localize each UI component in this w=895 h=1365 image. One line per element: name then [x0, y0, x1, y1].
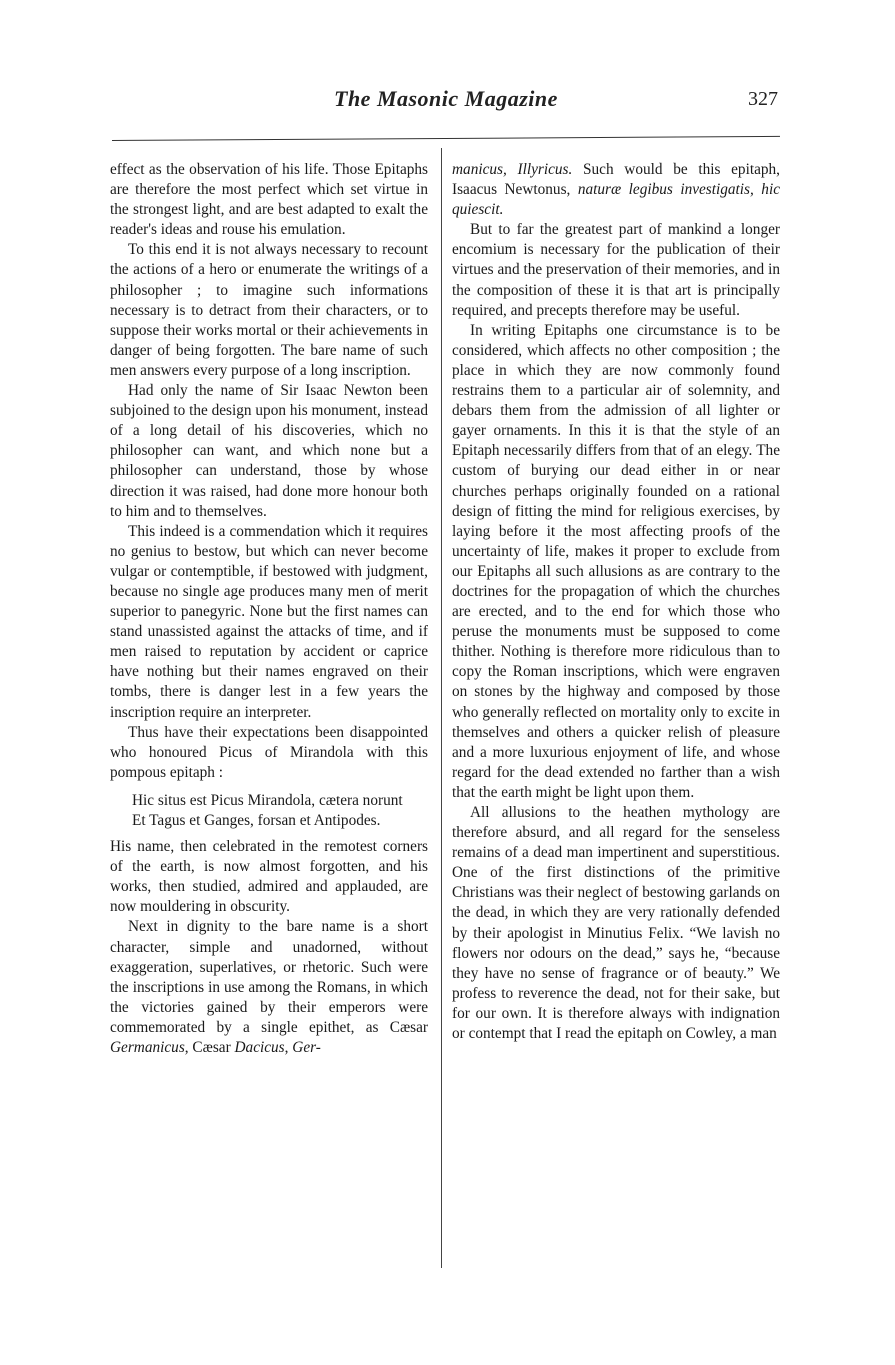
paragraph: But to far the greatest part of mankind … — [452, 220, 780, 320]
right-column: manicus, Illyricus. Such would be this e… — [452, 160, 780, 1044]
paragraph: His name, then celebrated in the remotes… — [110, 837, 428, 917]
paragraph: To this end it is not always necessary t… — [110, 240, 428, 381]
paragraph: Next in dignity to the bare name is a sh… — [110, 917, 428, 1058]
text-run: , Cæsar — [185, 1039, 235, 1056]
running-header: The Masonic Magazine 327 — [110, 86, 790, 122]
paragraph: manicus, Illyricus. Such would be this e… — [452, 160, 780, 220]
left-column: effect as the observation of his life. T… — [110, 160, 428, 1058]
verse-line: Hic situs est Picus Mirandola, cætera no… — [132, 791, 428, 811]
page-number: 327 — [748, 88, 778, 111]
header-rule — [112, 136, 780, 141]
column-divider — [441, 148, 442, 1268]
paragraph: All allusions to the heathen mythology a… — [452, 803, 780, 1044]
paragraph: This indeed is a commendation which it r… — [110, 522, 428, 723]
paragraph: Had only the name of Sir Isaac Newton be… — [110, 381, 428, 522]
italic-text: manicus, Illyricus. — [452, 161, 572, 178]
paragraph: effect as the observation of his life. T… — [110, 160, 428, 240]
magazine-title: The Masonic Magazine — [334, 86, 558, 112]
italic-text: Ger- — [292, 1039, 321, 1056]
verse-line: Et Tagus et Ganges, forsan et Antipodes. — [132, 811, 428, 831]
italic-text: Germanicus — [110, 1039, 185, 1056]
text-run: Next in dignity to the bare name is a sh… — [110, 918, 428, 1035]
paragraph: In writing Epitaphs one circumstance is … — [452, 321, 780, 803]
italic-text: Dacicus — [235, 1039, 285, 1056]
paragraph: Thus have their expectations been disapp… — [110, 723, 428, 783]
epitaph-verse: Hic situs est Picus Mirandola, cætera no… — [132, 791, 428, 831]
